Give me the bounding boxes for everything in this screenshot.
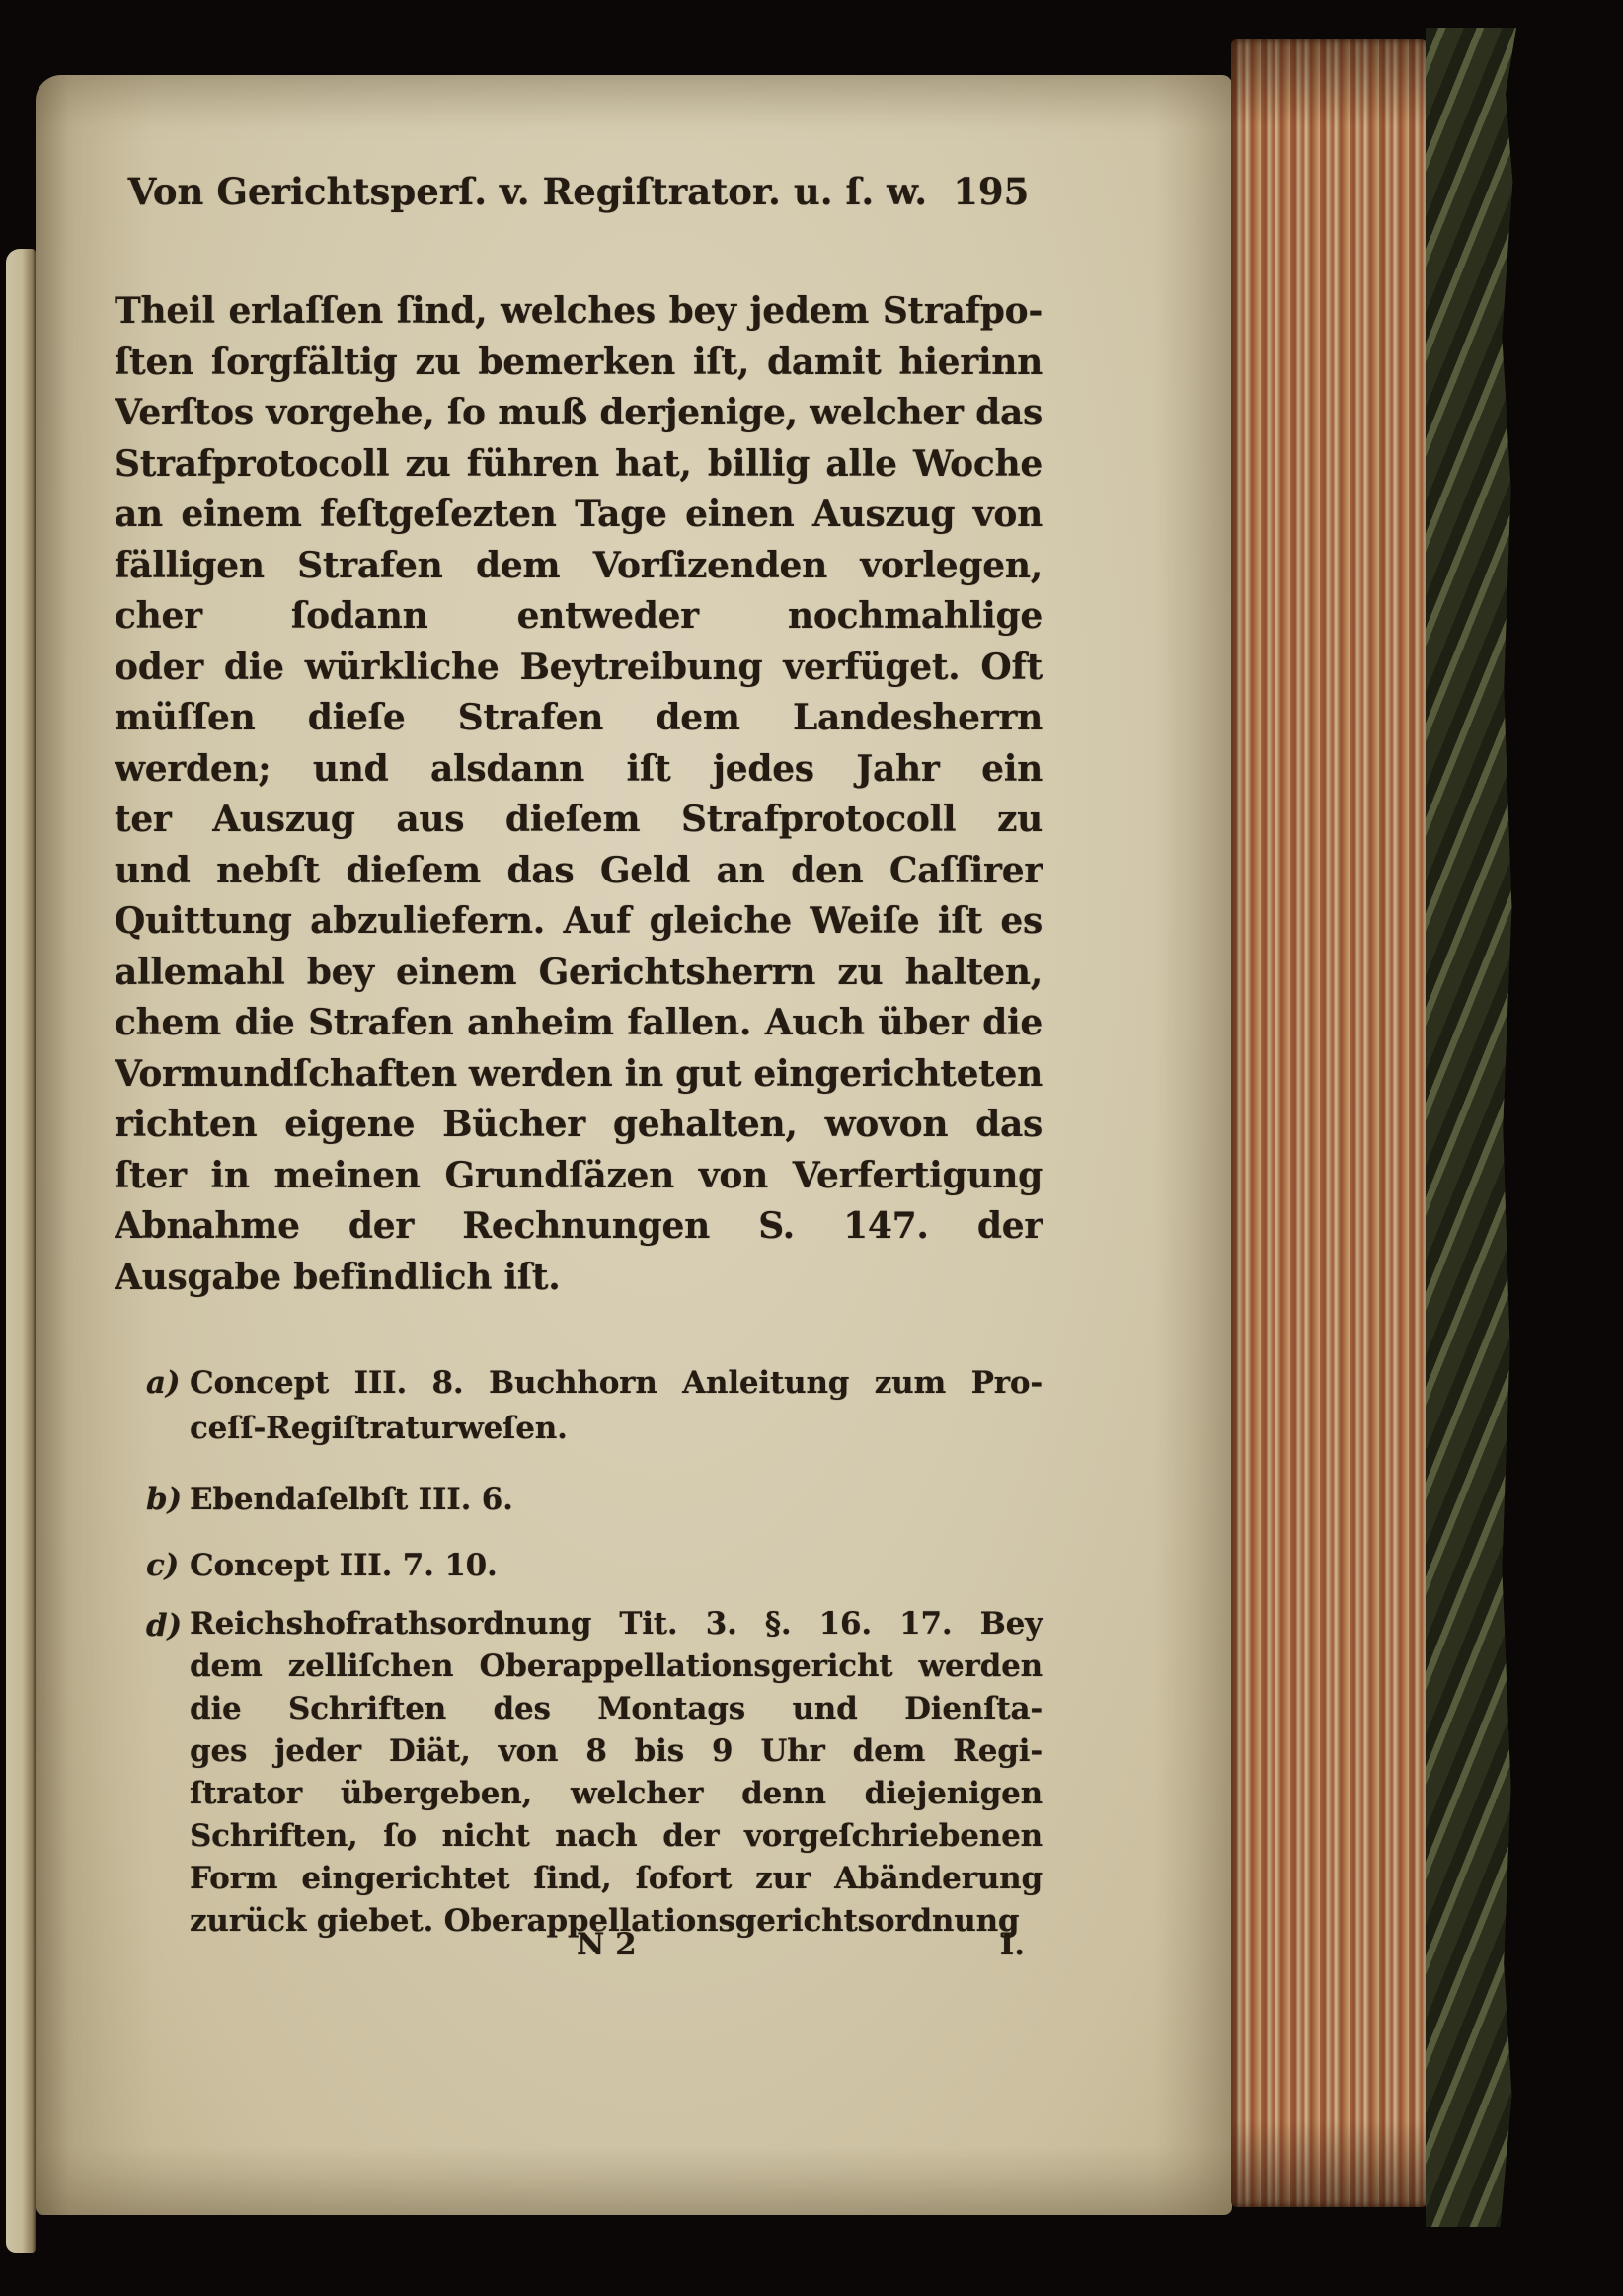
volume-mark: I. [1000, 1927, 1025, 1962]
body-line: ter Auszug aus dieſem Strafprotocoll zu … [115, 795, 1043, 846]
body-line: Abnahme der Rechnungen S. 147. der neueſ… [115, 1201, 1043, 1253]
body-line: an einem feſtgeſezten Tage einen Auszug … [115, 490, 1043, 541]
body-line: ſter in meinen Grundſäzen von Verfertigu… [115, 1151, 1043, 1202]
body-line: Vormundſchaften werden in gut eingericht… [115, 1049, 1043, 1101]
footnote-line: dem zelliſchen Oberappellationsgericht w… [190, 1645, 1043, 1688]
running-header-title: Von Gerichtsperſ. v. Regiſtrator. u. ſ. … [128, 170, 928, 213]
footnote-line: Concept III. 8. Buchhorn Anleitung zum P… [190, 1360, 1043, 1406]
footnote-marker: b) [146, 1477, 190, 1522]
book-scan: Von Gerichtsperſ. v. Regiſtrator. u. ſ. … [0, 0, 1623, 2296]
body-line: ſten ſorgfältig zu bemerken iſt, damit h… [115, 338, 1043, 389]
footnote-d: d) Reichshofrathsordnung Tit. 3. §. 16. … [115, 1603, 1043, 1943]
footnote-line: Form eingerichtet ſind, ſofort zur Abänd… [190, 1858, 1043, 1900]
body-line: werden; und alsdann iſt jedes Jahr ein b… [115, 744, 1043, 796]
footnote-line: die Schriften des Montags und Dienſta- [190, 1688, 1043, 1730]
body-line: müſſen dieſe Strafen dem Landesherrn ber… [115, 693, 1043, 744]
book-page: Von Gerichtsperſ. v. Regiſtrator. u. ſ. … [36, 75, 1232, 2215]
body-line: fälligen Strafen dem Vorſizenden vorlege… [115, 541, 1043, 592]
body-line: allemahl bey einem Gerichtsherrn zu halt… [115, 948, 1043, 999]
footnote-line: Reichshofrathsordnung Tit. 3. §. 16. 17.… [190, 1603, 1043, 1645]
body-line: Theil erlaſſen ſind, welches bey jedem S… [115, 286, 1043, 338]
page-number: 195 [953, 170, 1029, 213]
footnote-marker: c) [146, 1543, 190, 1588]
body-paragraph: Theil erlaſſen ſind, welches bey jedem S… [115, 286, 1043, 1303]
footnote-a: a) Concept III. 8. Buchhorn Anleitung zu… [115, 1360, 1043, 1451]
body-line: Verſtos vorgehe, ſo muß derjenige, welch… [115, 388, 1043, 439]
footnote-line: ges jeder Diät, von 8 bis 9 Uhr dem Regi… [190, 1730, 1043, 1773]
signature-line: N 2 I. [115, 1927, 1043, 1972]
text-column: Von Gerichtsperſ. v. Regiſtrator. u. ſ. … [115, 75, 1043, 2215]
footnote-marker: d) [146, 1603, 190, 1648]
footnote-line: ſtrator übergeben, welcher denn diejenig… [190, 1773, 1043, 1815]
footnote-line: Concept III. 7. 10. [190, 1543, 1043, 1588]
body-line: und nebſt dieſem das Geld an den Caſſire… [115, 846, 1043, 897]
body-line: Strafprotocoll zu führen hat, billig all… [115, 439, 1043, 491]
running-header: Von Gerichtsperſ. v. Regiſtrator. u. ſ. … [115, 170, 1043, 213]
body-line: oder die würkliche Beytreibung verfüget.… [115, 643, 1043, 694]
body-line: chem die Strafen anheim fallen. Auch übe… [115, 998, 1043, 1049]
body-line: Quittung abzuliefern. Auf gleiche Weiſe … [115, 896, 1043, 948]
footnote-line: ceſſ-Regiſtraturweſen. [190, 1406, 1043, 1451]
footnote-c: c) Concept III. 7. 10. [115, 1543, 1043, 1588]
marbled-cover-edge [1426, 28, 1516, 2227]
footnote-b: b) Ebendaſelbſt III. 6. [115, 1477, 1043, 1522]
footnote-line: Schriften, ſo nicht nach der vorgeſchrie… [190, 1815, 1043, 1858]
body-line: richten eigene Bücher gehalten, wovon da… [115, 1100, 1043, 1151]
footnote-line: Ebendaſelbſt III. 6. [190, 1477, 1043, 1522]
footnote-marker: a) [146, 1360, 190, 1406]
body-line: cher ſodann entweder nochmahlige Erinner… [115, 591, 1043, 643]
body-line: Ausgabe befindlich iſt. [115, 1253, 1043, 1304]
book-fore-edge [1231, 39, 1429, 2207]
facing-page-edge [6, 249, 36, 2253]
signature-mark: N 2 [577, 1927, 637, 1962]
